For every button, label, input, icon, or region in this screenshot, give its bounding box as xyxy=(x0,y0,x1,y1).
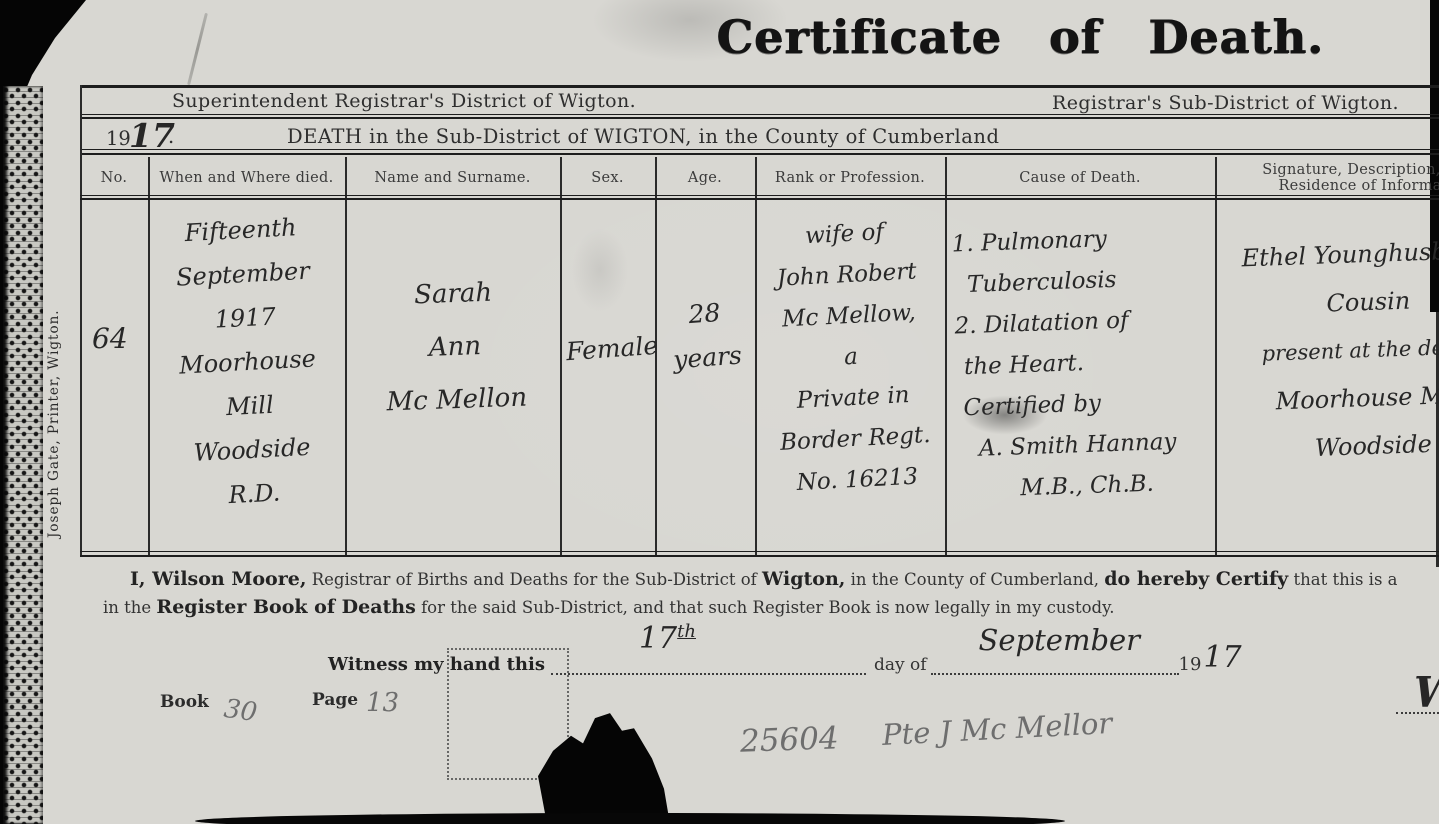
col-header-name: Name and Surname. xyxy=(347,160,558,196)
col-header-sex: Sex. xyxy=(562,160,653,196)
table-left-border xyxy=(80,85,82,557)
rule-top xyxy=(80,85,1439,88)
col-header-no: No. xyxy=(82,160,146,196)
registrar-signature-fragment: W xyxy=(1414,668,1439,717)
rule-under-year-a xyxy=(80,149,1439,150)
table-bottom-rule-b xyxy=(80,555,1439,557)
header-row-rule-b xyxy=(80,198,1439,200)
col-header-when-where: When and Where died. xyxy=(150,160,343,196)
rule-mid-a xyxy=(80,114,1439,115)
document-title: Certificate of Death. xyxy=(690,10,1350,64)
page-number: 13 xyxy=(366,688,399,718)
book-label: Book xyxy=(160,692,209,712)
entry-cause: 1. Pulmonary Tuberculosis 2. Dilatation … xyxy=(945,215,1223,511)
page-label: Page xyxy=(312,690,358,710)
witness-day-handwritten: 17th xyxy=(639,621,696,656)
registrar-subdistrict-label: Registrar's Sub-District of Wigton. xyxy=(1052,92,1399,114)
col-header-age: Age. xyxy=(657,160,753,196)
witness-year-printed: 19 xyxy=(1179,654,1202,675)
entry-age: 28 years xyxy=(655,289,757,383)
printer-credit: Joseph Gate, Printer, Wigton. xyxy=(46,238,62,538)
col-header-informant-line1: Signature, Description, and xyxy=(1262,162,1439,178)
book-number: 30 xyxy=(222,694,259,728)
registrar-name: I, Wilson Moore, xyxy=(130,568,306,590)
death-subdistrict-line: DEATH in the Sub-District of WIGTON, in … xyxy=(287,125,999,148)
month-dotted-line: September xyxy=(931,649,1179,675)
col-header-informant-line2: Residence of Informant xyxy=(1278,178,1439,194)
year-printed-prefix: 19 xyxy=(106,127,131,150)
entry-rank: wife of John Robert Mc Mellow, a Private… xyxy=(751,209,952,505)
signature-dotted-line xyxy=(1396,712,1439,714)
certification-line1: I, Wilson Moore, Registrar of Births and… xyxy=(130,568,1398,590)
decorative-left-border xyxy=(3,86,43,824)
year-period: . xyxy=(168,125,174,148)
entry-informant: Ethel Younghusband Cousin present at the… xyxy=(1216,225,1439,475)
pencil-service-number: 25604 xyxy=(739,720,839,759)
col-header-rank: Rank or Profession. xyxy=(757,160,943,196)
witness-year-handwritten: 17 xyxy=(1203,640,1241,675)
witness-month-handwritten: September xyxy=(979,623,1141,657)
table-bottom-rule-a xyxy=(80,551,1439,552)
rule-under-year-b xyxy=(80,153,1439,155)
scanned-death-certificate: Joseph Gate, Printer, Wigton. Certificat… xyxy=(0,0,1439,824)
certification-line2: in the Register Book of Deaths for the s… xyxy=(103,596,1114,618)
entry-no: 64 xyxy=(92,322,128,355)
entry-name: Sarah Ann Mc Mellon xyxy=(347,264,562,430)
col-header-cause: Cause of Death. xyxy=(947,160,1213,196)
col-header-informant: Signature, Description, and Residence of… xyxy=(1218,160,1439,196)
day-dotted-line: 17th xyxy=(551,649,866,675)
bottom-edge-smear xyxy=(195,813,1065,824)
superintendent-district-label: Superintendent Registrar's District of W… xyxy=(172,90,636,112)
day-of-label: day of xyxy=(874,655,927,675)
rule-mid-b xyxy=(80,117,1439,119)
entry-when-where: Fifteenth September 1917 Moorhouse Mill … xyxy=(142,203,353,521)
